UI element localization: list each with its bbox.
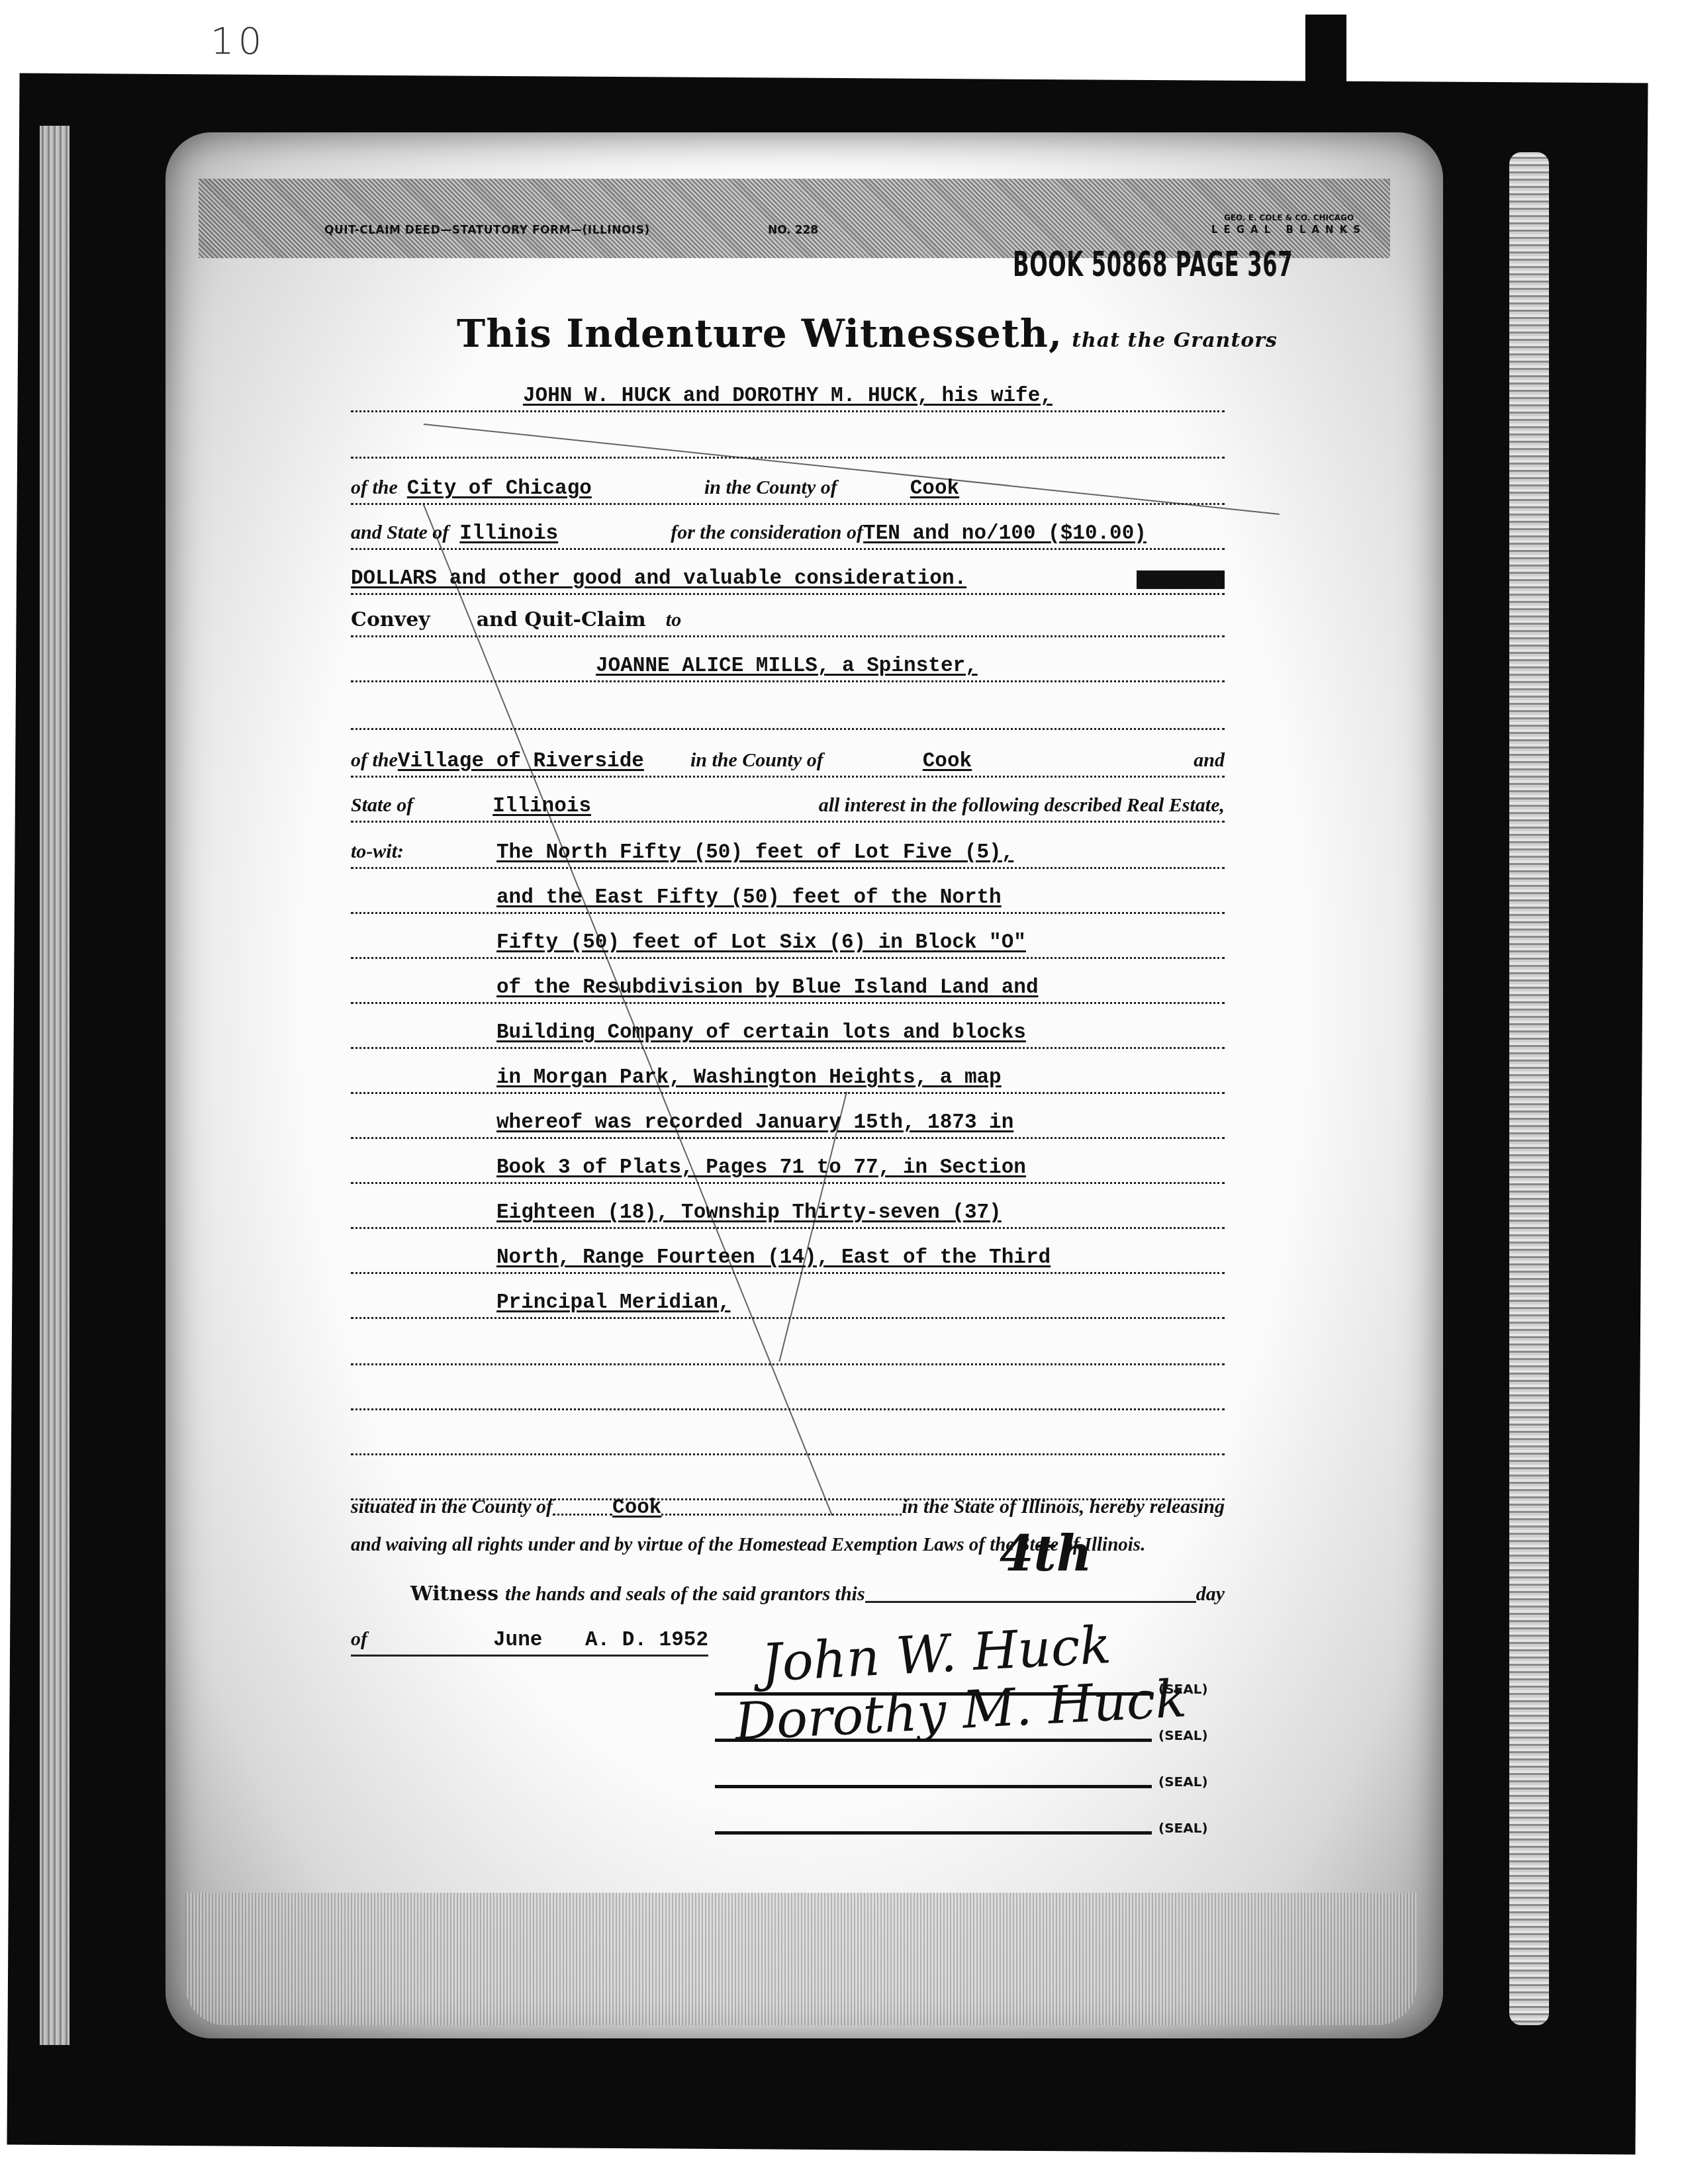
book-page-stamp: BOOK 50868 PAGE 367 xyxy=(1013,245,1293,285)
witness-text: the hands and seals of the said grantors… xyxy=(505,1583,865,1610)
situated-suffix: in the State of Illinois, hereby releasi… xyxy=(902,1496,1225,1522)
form-type-header: QUIT-CLAIM DEED—STATUTORY FORM—(ILLINOIS… xyxy=(324,224,650,237)
title-tail: that the Grantors xyxy=(1072,329,1278,352)
consideration-value: TEN and no/100 ($10.00) xyxy=(863,522,1147,548)
situated-line: situated in the County of Cook in the St… xyxy=(351,1482,1225,1522)
day-value: 4th xyxy=(1000,1525,1092,1582)
to-wit-label: to-wit: xyxy=(351,841,496,867)
of-label: of xyxy=(351,1628,367,1655)
blank-line xyxy=(351,1369,1225,1410)
legal-line: Principal Meridian, xyxy=(351,1277,1225,1319)
page-number-note: 10 xyxy=(211,20,265,63)
to-label: to xyxy=(666,609,681,635)
legal-text: in Morgan Park, Washington Heights, a ma… xyxy=(496,1066,1002,1092)
legal-text: Eighteen (18), Township Thirty-seven (37… xyxy=(496,1201,1002,1227)
legal-line: Book 3 of Plats, Pages 71 to 77, in Sect… xyxy=(351,1142,1225,1184)
legal-line: of the Resubdivision by Blue Island Land… xyxy=(351,962,1225,1004)
grantor-city-line: of the City of Chicago in the County of … xyxy=(351,463,1225,505)
grantor-state-line: and State of Illinois for the considerat… xyxy=(351,508,1225,550)
signature-line-2 xyxy=(715,1737,1152,1742)
publisher-mark: GEO. E. COLE & CO. CHICAGO LEGAL BLANKS xyxy=(1211,212,1366,236)
legal-line: and the East Fifty (50) feet of the Nort… xyxy=(351,872,1225,914)
witness-line: Witness the hands and seals of the said … xyxy=(410,1570,1225,1610)
grantor-county-value: Cook xyxy=(910,477,959,503)
grantee-line: JOANNE ALICE MILLS, a Spinster, xyxy=(351,641,1225,682)
signature-line-3 xyxy=(715,1784,1152,1788)
seal-label: (SEAL) xyxy=(1158,1774,1208,1790)
month-value: June xyxy=(493,1629,542,1655)
legal-line: Eighteen (18), Township Thirty-seven (37… xyxy=(351,1187,1225,1229)
legal-line: whereof was recorded January 15th, 1873 … xyxy=(351,1097,1225,1139)
legal-text: Book 3 of Plats, Pages 71 to 77, in Sect… xyxy=(496,1156,1026,1182)
document-bottom-band xyxy=(185,1893,1417,2025)
of-the-label: of the xyxy=(351,477,398,503)
signature-line-1 xyxy=(715,1691,1152,1696)
legal-text: and the East Fifty (50) feet of the Nort… xyxy=(496,886,1002,912)
publisher-legal-blanks: LEGAL BLANKS xyxy=(1211,224,1366,236)
blank-line xyxy=(351,1414,1225,1455)
state-label: and State of xyxy=(351,522,449,548)
form-number: NO. 228 xyxy=(768,224,818,237)
convey-label: Convey xyxy=(351,608,430,635)
struck-dollars: DOLLARS xyxy=(1137,570,1225,589)
grantee-village-value: Village of Riverside xyxy=(398,750,644,776)
grantor-state-value: Illinois xyxy=(459,522,558,548)
title-main: This Indenture Witnesseth, xyxy=(457,311,1062,356)
homestead-waiver: and waiving all rights under and by virt… xyxy=(351,1534,1231,1556)
interest-label: all interest in the following described … xyxy=(819,794,1225,821)
legal-line: in Morgan Park, Washington Heights, a ma… xyxy=(351,1052,1225,1094)
grantee-village-line: of the Village of Riverside in the Count… xyxy=(351,736,1225,778)
blank-line xyxy=(351,1324,1225,1365)
legal-line: North, Range Fourteen (14), East of the … xyxy=(351,1232,1225,1274)
legal-line: Building Company of certain lots and blo… xyxy=(351,1007,1225,1049)
grantee-state-value: Illinois xyxy=(492,795,591,821)
legal-line: Fifty (50) feet of Lot Six (6) in Block … xyxy=(351,917,1225,959)
situated-prefix: situated in the County of xyxy=(351,1496,553,1522)
deed-title: This Indenture Witnesseth,that the Grant… xyxy=(457,311,1278,356)
legal-text: Principal Meridian, xyxy=(496,1291,730,1317)
consideration-cont-line: DOLLARS and other good and valuable cons… xyxy=(351,553,1225,595)
frame-edge-right xyxy=(1509,152,1549,2025)
legal-text: North, Range Fourteen (14), East of the … xyxy=(496,1246,1051,1272)
seal-label: (SEAL) xyxy=(1158,1820,1208,1836)
frame-edge-left xyxy=(40,126,70,2045)
county-label: in the County of xyxy=(690,749,823,776)
blank-line xyxy=(351,417,1225,459)
date-line: of June A. D. 1952 xyxy=(351,1615,708,1657)
year-value: A. D. 1952 xyxy=(585,1629,708,1655)
consideration-label: for the consideration of xyxy=(671,522,863,548)
seal-label: (SEAL) xyxy=(1158,1727,1208,1743)
legal-text: Fifty (50) feet of Lot Six (6) in Block … xyxy=(496,931,1026,957)
county-label: in the County of xyxy=(704,477,837,503)
of-the-label: of the xyxy=(351,749,398,776)
legal-line: to-wit: The North Fifty (50) feet of Lot… xyxy=(351,827,1225,869)
grantee-county-value: Cook xyxy=(923,750,972,776)
legal-text: Building Company of certain lots and blo… xyxy=(496,1021,1026,1047)
legal-text: The North Fifty (50) feet of Lot Five (5… xyxy=(496,841,1013,867)
consideration-cont: DOLLARS and other good and valuable cons… xyxy=(351,567,966,593)
grantors-line: JOHN W. HUCK and DOROTHY M. HUCK, his wi… xyxy=(351,371,1225,412)
day-label: day xyxy=(1196,1583,1225,1610)
grantee-state-line: State of Illinois all interest in the fo… xyxy=(351,781,1225,823)
situated-county: Cook xyxy=(612,1496,661,1522)
signature-line-4 xyxy=(715,1830,1152,1835)
grantee-value: JOANNE ALICE MILLS, a Spinster, xyxy=(596,655,978,680)
and-label: and xyxy=(1194,749,1225,776)
legal-text: of the Resubdivision by Blue Island Land… xyxy=(496,976,1039,1002)
publisher-name: GEO. E. COLE & CO. CHICAGO xyxy=(1211,212,1366,224)
grantor-city-value: City of Chicago xyxy=(407,477,592,503)
legal-text: whereof was recorded January 15th, 1873 … xyxy=(496,1111,1013,1137)
quit-claim-label: and Quit-Claim xyxy=(477,608,646,635)
grantors-value: JOHN W. HUCK and DOROTHY M. HUCK, his wi… xyxy=(523,385,1053,410)
witness-lead: Witness xyxy=(410,1582,498,1610)
state-label: State of xyxy=(351,794,413,821)
convey-line: Convey and Quit-Claim to xyxy=(351,596,1225,637)
seal-label: (SEAL) xyxy=(1158,1681,1208,1697)
blank-line xyxy=(351,688,1225,730)
